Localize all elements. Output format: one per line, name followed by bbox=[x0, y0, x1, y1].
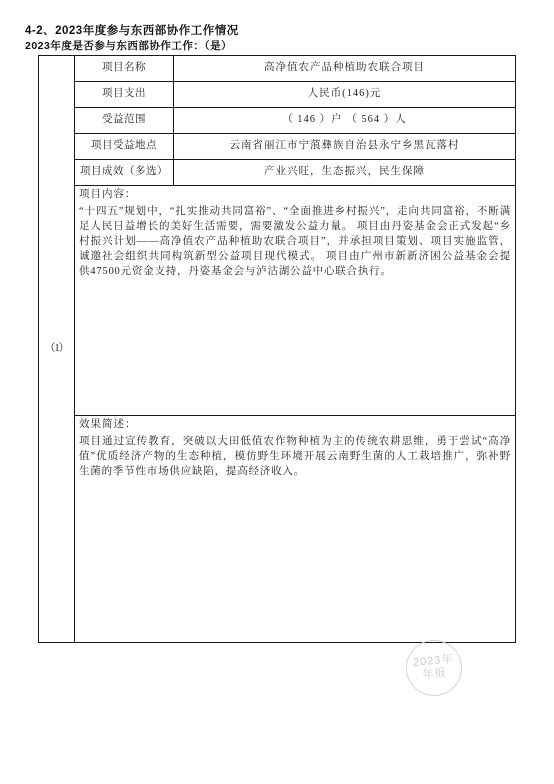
table-row: 受益范围 （ 146 ）户 （ 564 ）人 bbox=[39, 108, 516, 134]
effect-summary-text: 项目通过宣传教育，突破以大田低值农作物种植为主的传统农耕思维，勇于尝试“高净值”… bbox=[79, 434, 511, 479]
field-value-benefit-scope: （ 146 ）户 （ 564 ）人 bbox=[174, 108, 516, 134]
table-row: 项目成效（多选） 产业兴旺，生态振兴，民生保障 bbox=[39, 160, 516, 186]
field-value-project-outcome: 产业兴旺，生态振兴，民生保障 bbox=[174, 160, 516, 186]
field-label-benefit-location: 项目受益地点 bbox=[75, 134, 174, 160]
watermark-label: 年报 bbox=[422, 667, 447, 682]
project-form-table: （1） 项目名称 高净值农产品种植助农联合项目 项目支出 人民币(146)元 受… bbox=[38, 55, 516, 643]
project-index-cell: （1） bbox=[39, 56, 75, 643]
field-label-project-outcome: 项目成效（多选） bbox=[75, 160, 174, 186]
table-row: 项目支出 人民币(146)元 bbox=[39, 82, 516, 108]
field-value-project-expense: 人民币(146)元 bbox=[174, 82, 516, 108]
field-label-project-expense: 项目支出 bbox=[75, 82, 174, 108]
project-content-text: “十四五”规划中，“扎实推动共同富裕”、“全面推进乡村振兴”，走向共同富裕，不断… bbox=[79, 204, 511, 279]
field-value-benefit-location: 云南省丽江市宁蒗彝族自治县永宁乡黑瓦落村 bbox=[174, 134, 516, 160]
effect-summary-cell: 效果简述： 项目通过宣传教育，突破以大田低值农作物种植为主的传统农耕思维，勇于尝… bbox=[75, 416, 516, 643]
project-content-cell: 项目内容： “十四五”规划中，“扎实推动共同富裕”、“全面推进乡村振兴”，走向共… bbox=[75, 186, 516, 416]
field-label-benefit-scope: 受益范围 bbox=[75, 108, 174, 134]
effect-summary-label: 效果简述： bbox=[79, 418, 511, 432]
participation-statement: 2023年度是否参与东西部协作工作：（是） bbox=[25, 38, 232, 53]
section-title: 4-2、2023年度参与东西部协作工作情况 bbox=[25, 22, 239, 38]
table-row: （1） 项目名称 高净值农产品种植助农联合项目 bbox=[39, 56, 516, 82]
annual-report-watermark-seal: 2023年 年报 bbox=[403, 637, 465, 699]
table-row: 效果简述： 项目通过宣传教育，突破以大田低值农作物种植为主的传统农耕思维，勇于尝… bbox=[39, 416, 516, 643]
table-row: 项目受益地点 云南省丽江市宁蒗彝族自治县永宁乡黑瓦落村 bbox=[39, 134, 516, 160]
project-content-label: 项目内容： bbox=[79, 188, 511, 202]
field-value-project-name: 高净值农产品种植助农联合项目 bbox=[174, 56, 516, 82]
field-label-project-name: 项目名称 bbox=[75, 56, 174, 82]
annual-report-form-page: 4-2、2023年度参与东西部协作工作情况 2023年度是否参与东西部协作工作：… bbox=[0, 0, 554, 784]
table-row: 项目内容： “十四五”规划中，“扎实推动共同富裕”、“全面推进乡村振兴”，走向共… bbox=[39, 186, 516, 416]
